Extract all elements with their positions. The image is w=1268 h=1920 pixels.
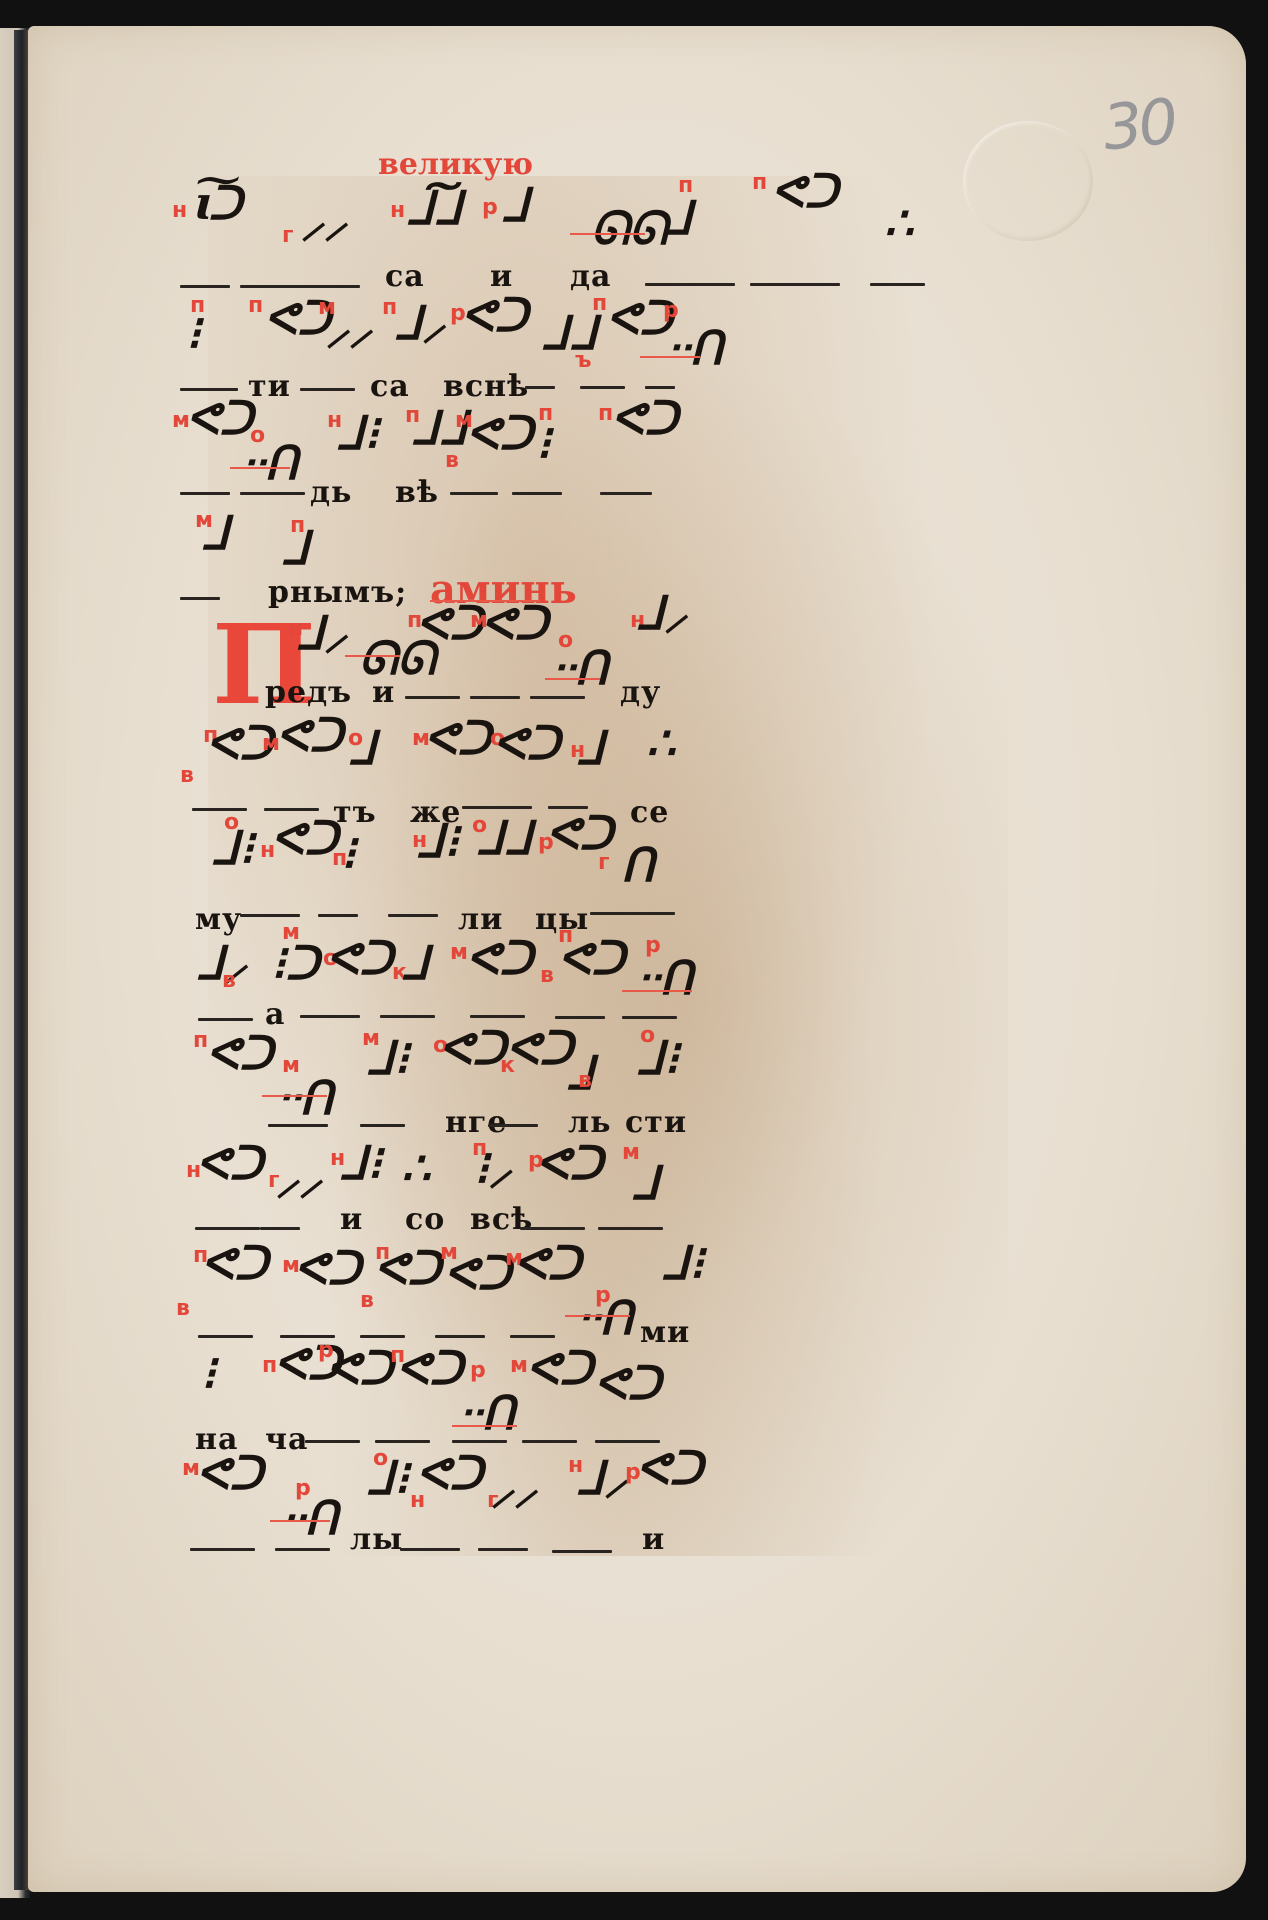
underline-rule — [555, 1016, 605, 1019]
lyric-syllable: дь — [310, 478, 352, 508]
cinnabar-mark: п — [248, 295, 263, 317]
neume-glyph: ᑎ — [619, 842, 664, 888]
neume-glyph: ᕙᑐ — [394, 1345, 472, 1391]
underline-rule — [240, 285, 360, 288]
neume-glyph: ᕙᑐ — [274, 712, 352, 758]
neume-glyph: ᕙᑐ — [592, 1360, 670, 1406]
cinnabar-mark: п — [592, 293, 607, 315]
neume-glyph: ᕙᑐ — [199, 1240, 277, 1286]
neume-glyph: ᒧ — [499, 182, 539, 228]
lyric-syllable: ми — [640, 1318, 690, 1348]
underline-rule — [590, 912, 675, 915]
neume-glyph: ᐧᐧᑎ — [664, 325, 733, 371]
underline-rule — [180, 285, 230, 288]
red-underline — [640, 356, 700, 358]
neume-glyph: ᕙᑐ — [544, 810, 622, 856]
underline-rule — [360, 1335, 405, 1338]
lyric-syllable: лы — [350, 1525, 403, 1555]
neume-glyph: ⸝⸝ — [324, 305, 381, 351]
neume-glyph: ᕙᑐ — [769, 168, 847, 214]
underline-rule — [452, 1440, 507, 1443]
underline-rule — [300, 388, 355, 391]
underline-rule — [520, 1227, 585, 1230]
red-underline — [270, 1520, 330, 1522]
lyric-syllable: са — [370, 372, 410, 402]
neume-glyph: ᐧᐧᑎ — [549, 645, 618, 691]
neume-glyph: ᒧ — [629, 1160, 669, 1206]
neume-glyph: ᕙᑐ — [512, 1240, 590, 1286]
underline-rule — [450, 492, 498, 495]
neume-glyph: ᕙᑐ — [504, 1025, 582, 1071]
underline-rule — [275, 1548, 330, 1551]
lyric-syllable: всѣ — [470, 1205, 533, 1235]
neume-glyph: ᕙᑐ — [414, 1450, 492, 1496]
neume-glyph: ᒧ — [574, 725, 614, 771]
cinnabar-mark: п — [193, 1030, 208, 1052]
neume-glyph: ᐧᐧᑎ — [274, 1075, 343, 1121]
red-underline — [622, 990, 692, 992]
underline-rule — [525, 386, 555, 389]
neume-glyph: ᕙᑐ — [372, 1245, 450, 1291]
neume-glyph: ∴ — [882, 200, 923, 246]
cinnabar-mark: м — [622, 1142, 640, 1164]
lyric-syllable: со — [405, 1205, 445, 1235]
underline-rule — [488, 1124, 538, 1127]
cinnabar-mark: р — [470, 1360, 486, 1382]
red-underline — [345, 655, 400, 657]
cinnabar-mark: ъ — [575, 350, 592, 372]
neume-glyph: ᕙᑐ — [634, 1445, 712, 1491]
red-underline — [452, 1425, 517, 1427]
neume-glyph: ᐧᐧᑎ — [239, 440, 308, 486]
underline-rule — [530, 696, 585, 699]
underline-rule — [300, 1015, 360, 1018]
cinnabar-mark: п — [752, 172, 767, 194]
cinnabar-mark: м — [510, 1355, 528, 1377]
cinnabar-mark: г — [598, 852, 610, 874]
underline-rule — [190, 1548, 255, 1551]
underline-rule — [180, 492, 230, 495]
neume-glyph: ᒧ⁝ — [209, 825, 263, 871]
underline-rule — [580, 386, 625, 389]
neume-glyph: ⸝⸝ — [299, 198, 356, 244]
underline-rule — [600, 492, 652, 495]
lyric-syllable: и — [372, 678, 395, 708]
underline-rule — [750, 283, 840, 286]
neume-glyph: ᕙᑐ — [324, 935, 402, 981]
neume-glyph: ᕙᑐ — [464, 935, 542, 981]
underline-rule — [510, 1335, 555, 1338]
neume-glyph: ᒧ⁝ — [334, 410, 388, 456]
neume-glyph: ᕙᑐ — [459, 292, 537, 338]
rubric-top: великую — [378, 150, 533, 180]
underline-rule — [470, 696, 520, 699]
neume-glyph: ⁝ᑐ — [269, 940, 329, 986]
underline-rule — [645, 386, 675, 389]
underline-rule — [598, 1227, 663, 1230]
neume-glyph: ᐧᐧᑎ — [456, 1390, 525, 1436]
underline-rule — [462, 806, 532, 809]
lyric-syllable: нге — [445, 1108, 507, 1138]
neume-glyph: ⁝ — [184, 310, 210, 356]
lyric-syllable: вѣ — [395, 478, 439, 508]
neume-glyph: ᐧᐧᑎ — [279, 1495, 348, 1541]
underline-rule — [195, 1227, 260, 1230]
red-underline — [230, 467, 290, 469]
neume-glyph: ∴ — [644, 720, 685, 766]
underline-rule — [405, 696, 460, 699]
neume-glyph: ᒧ — [399, 940, 439, 986]
neume-glyph: ᕙᑐ — [534, 1140, 612, 1186]
underline-rule — [435, 1335, 485, 1338]
neume-glyph: ᒧ — [279, 525, 319, 571]
neume-glyph: ᕙᑐ — [556, 935, 634, 981]
neume-glyph: ᐧᐧᑎ — [634, 955, 703, 1001]
underline-rule — [380, 1015, 435, 1018]
lyric-syllable: сти — [625, 1108, 687, 1138]
underline-rule — [240, 492, 305, 495]
lyric-syllable: му — [195, 905, 242, 935]
neume-glyph: ᕙᑐ — [194, 1140, 272, 1186]
neume-glyph: ∴ — [399, 1145, 440, 1191]
underline-rule — [388, 914, 438, 917]
neume-glyph: ᕙᑐ — [491, 720, 569, 766]
underline-rule — [645, 283, 735, 286]
cinnabar-mark: м — [450, 942, 468, 964]
underline-rule — [318, 914, 358, 917]
neume-glyph: ᕙᑐ — [464, 410, 542, 456]
neume-glyph: ⁝ — [199, 1350, 225, 1396]
lyric-syllable: и — [642, 1525, 665, 1555]
cinnabar-mark: н — [390, 200, 405, 222]
cinnabar-mark: п — [382, 297, 397, 319]
red-underline — [565, 1315, 630, 1317]
neume-glyph: ꙇ͠ᑐ — [189, 180, 252, 226]
cinnabar-mark: в — [176, 1298, 190, 1320]
cinnabar-mark: р — [663, 300, 679, 322]
cinnabar-mark: р — [482, 197, 498, 219]
cinnabar-mark: г — [282, 225, 294, 247]
neume-glyph: ᕙᑐ — [292, 1245, 370, 1291]
underline-rule — [375, 1440, 430, 1443]
underline-rule — [198, 1018, 253, 1021]
underline-rule — [622, 1016, 677, 1019]
neume-glyph: ᕙᑐ — [524, 1345, 602, 1391]
underline-rule — [305, 1440, 360, 1443]
lyric-syllable: ду — [620, 678, 661, 708]
underline-rule — [260, 1227, 300, 1230]
underline-rule — [400, 1548, 460, 1551]
neume-glyph: ᕙᑐ — [204, 1030, 282, 1076]
underline-rule — [552, 1550, 612, 1553]
cinnabar-mark: в — [180, 765, 194, 787]
lyric-syllable: се — [630, 798, 669, 828]
lyric-syllable: да — [570, 262, 611, 292]
neume-glyph: ᕙᑐ — [194, 1450, 272, 1496]
neume-glyph: ᒧ⁝ — [337, 1140, 391, 1186]
underline-rule — [198, 1335, 253, 1338]
neume-glyph: ᒧ⁝ — [659, 1240, 713, 1286]
neume-glyph: ᒧᒧ — [539, 310, 607, 356]
cinnabar-mark: в — [540, 965, 554, 987]
cinnabar-mark: в — [445, 450, 459, 472]
lyric-syllable: редъ — [265, 678, 352, 708]
underline-rule — [360, 1124, 405, 1127]
underline-rule — [478, 1548, 528, 1551]
lyric-syllable: ль — [568, 1108, 612, 1138]
neume-glyph: ᕙᑐ — [609, 395, 687, 441]
red-underline — [545, 678, 600, 680]
underline-rule — [522, 1440, 577, 1443]
neume-glyph: ᐧᐧᑎ — [574, 1295, 643, 1341]
neume-glyph: ⸝⸝ — [489, 1465, 546, 1511]
neume-glyph: ᕙᑐ — [422, 715, 500, 761]
underline-rule — [512, 492, 562, 495]
neume-glyph: ᒧ⸝ — [634, 590, 697, 636]
lyric-syllable: са — [385, 262, 425, 292]
neume-glyph: ᒧ͠ᒧ — [404, 185, 472, 231]
neume-glyph: ᕙᑐ — [479, 600, 557, 646]
red-underline — [570, 233, 645, 235]
neume-glyph: ᒧᒧ — [474, 815, 542, 861]
neume-glyph: ᒧ⸝ — [294, 610, 357, 656]
underline-rule — [870, 283, 925, 286]
red-underline — [262, 1095, 327, 1097]
underline-rule — [470, 1015, 525, 1018]
neume-glyph: ⸝⸝ — [274, 1155, 331, 1201]
neume-glyph: ᒧ⸝ — [392, 300, 455, 346]
underline-rule — [240, 914, 300, 917]
lyric-syllable: и — [340, 1205, 363, 1235]
cinnabar-mark: н — [172, 200, 187, 222]
cinnabar-mark: м — [182, 1458, 200, 1480]
lyric-syllable: вснѣ — [443, 372, 529, 402]
cinnabar-mark: в — [578, 1070, 592, 1092]
cinnabar-mark: п — [598, 403, 613, 425]
chant-score: великую н ꙇ͠ᑐ г ⸝⸝ н ᒧ͠ᒧ р ᒧ ᘏᘏ п ᒧ п ᕙᑐ… — [0, 0, 1268, 1920]
cinnabar-mark: в — [222, 970, 236, 992]
underline-rule — [268, 1124, 328, 1127]
